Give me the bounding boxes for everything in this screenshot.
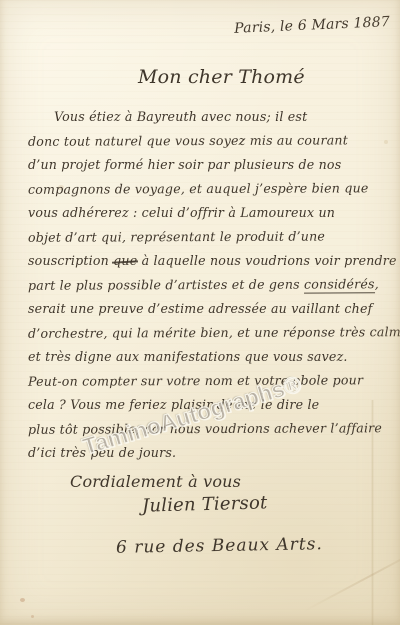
letter-line: d’ici très peu de jours. — [28, 441, 392, 465]
letter-line: d’un projet formé hier soir par plusieur… — [28, 153, 392, 177]
line-text: vous adhérerez : celui d’offrir à Lamour… — [28, 205, 335, 220]
letter-line: cela ? Vous me feriez plaisir de me le d… — [28, 393, 392, 417]
line-text: Peut-on compter sur votre nom et votre o… — [28, 372, 363, 388]
signature: Julien Tiersot — [142, 492, 268, 516]
line-text: d’orchestre, qui la mérite bien, et une … — [28, 324, 400, 341]
salutation: Mon cher Thomé — [138, 66, 305, 88]
closing: Cordialement à vous — [70, 472, 241, 491]
line-text: objet d’art qui, représentant le produit… — [28, 228, 325, 244]
line-text: d’un projet formé hier soir par plusieur… — [28, 157, 341, 172]
line-text: serait une preuve d’estime adressée au v… — [28, 301, 372, 316]
line-text: Vous étiez à Bayreuth avec nous; il est — [54, 109, 307, 124]
letter-line: donc tout naturel que vous soyez mis au … — [28, 128, 392, 154]
letter-line: objet d’art qui, représentant le produit… — [28, 224, 392, 250]
letter-line: Peut-on compter sur votre nom et votre o… — [28, 368, 392, 394]
line-text: souscription — [28, 253, 113, 268]
letter-line: Vous étiez à Bayreuth avec nous; il est — [28, 105, 392, 129]
line-text: plus tôt possible, car nous voudrions ac… — [28, 420, 382, 437]
line-text: cela ? Vous me feriez plaisir de me le d… — [28, 397, 319, 412]
letter-line: part le plus possible d’artistes et de g… — [28, 272, 392, 298]
letter-line: plus tôt possible, car nous voudrions ac… — [28, 416, 392, 442]
foxing-spot — [20, 598, 25, 602]
line-text: , — [375, 276, 379, 291]
line-text: à laquelle nous voudrions voir prendre — [137, 253, 396, 268]
dateline: Paris, le 6 Mars 1887 — [208, 14, 391, 38]
line-text: compagnons de voyage, et auquel j’espère… — [28, 180, 369, 196]
line-text: donc tout naturel que vous soyez mis au … — [28, 132, 348, 148]
letter-line: vous adhérerez : celui d’offrir à Lamour… — [28, 201, 392, 225]
letter-line: compagnons de voyage, et auquel j’espère… — [28, 176, 392, 202]
letter-scan: Paris, le 6 Mars 1887 Mon cher Thomé Vou… — [0, 0, 400, 625]
line-text: d’ici très peu de jours. — [28, 445, 176, 460]
letter-body: Vous étiez à Bayreuth avec nous; il est … — [28, 105, 392, 465]
address: 6 rue des Beaux Arts. — [116, 534, 323, 558]
letter-line: serait une preuve d’estime adressée au v… — [28, 297, 392, 321]
foxing-spot — [31, 615, 34, 618]
underlined-word: considérés — [304, 276, 375, 293]
letter-line: d’orchestre, qui la mérite bien, et une … — [28, 320, 392, 346]
letter-line: souscription que à laquelle nous voudrio… — [28, 249, 392, 273]
line-text: et très digne aux manifestations que vou… — [28, 349, 348, 364]
struck-word: que — [113, 253, 137, 268]
letter-line: et très digne aux manifestations que vou… — [28, 345, 392, 369]
line-text: part le plus possible d’artistes et de g… — [28, 277, 304, 293]
